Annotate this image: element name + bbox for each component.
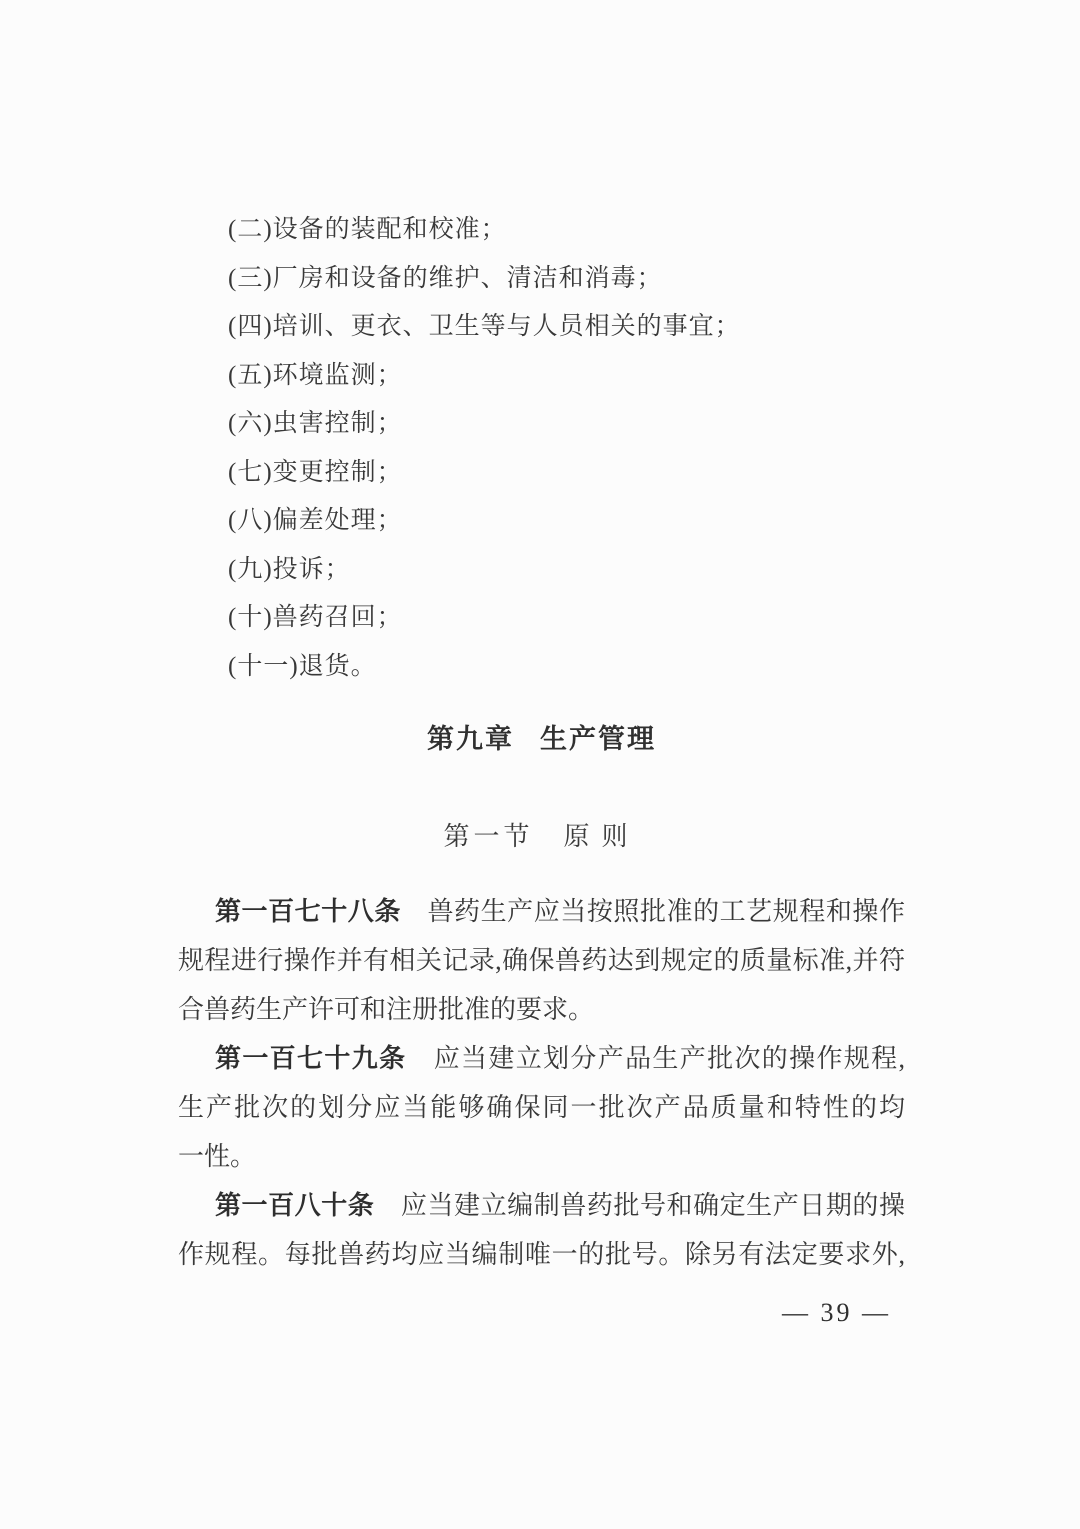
article-number: 第一百七十八条 xyxy=(215,896,401,926)
list-item: (九)投诉； xyxy=(178,546,905,595)
chapter-label: 第九章 xyxy=(427,724,514,754)
list-item: (八)偏差处理； xyxy=(178,497,905,546)
paragraph-line: 第一百七十八条兽药生产应当按照批准的工艺规程和操作 xyxy=(178,887,905,936)
list-item: (二)设备的装配和校准； xyxy=(178,206,905,255)
paragraph-line: 合兽药生产许可和注册批准的要求。 xyxy=(178,985,905,1034)
list-item: (四)培训、更衣、卫生等与人员相关的事宜； xyxy=(178,303,905,352)
list-item: (三)厂房和设备的维护、清洁和消毒； xyxy=(178,255,905,304)
list-item: (十)兽药召回； xyxy=(178,594,905,643)
page-number: — 39 — xyxy=(178,1293,905,1333)
paragraph-text: 兽药生产应当按照批准的工艺规程和操作 xyxy=(427,897,905,926)
list-item: (六)虫害控制； xyxy=(178,400,905,449)
chapter-title: 生产管理 xyxy=(540,724,656,754)
paragraph-line: 第一百七十九条应当建立划分产品生产批次的操作规程, xyxy=(178,1034,905,1083)
section-label: 第一节 xyxy=(443,822,533,851)
list-item: (七)变更控制； xyxy=(178,449,905,498)
chapter-heading: 第九章生产管理 xyxy=(178,717,905,761)
article-number: 第一百八十条 xyxy=(215,1190,374,1220)
document-page: (二)设备的装配和校准； (三)厂房和设备的维护、清洁和消毒； (四)培训、更衣… xyxy=(0,0,1080,1529)
article-180: 第一百八十条应当建立编制兽药批号和确定生产日期的操 作规程。每批兽药均应当编制唯… xyxy=(178,1181,905,1279)
paragraph-text: 应当建立编制兽药批号和确定生产日期的操 xyxy=(400,1191,905,1220)
section-heading: 第一节原则 xyxy=(178,815,905,859)
page-content: (二)设备的装配和校准； (三)厂房和设备的维护、清洁和消毒； (四)培训、更衣… xyxy=(178,0,905,1333)
paragraph-line: 作规程。每批兽药均应当编制唯一的批号。除另有法定要求外, xyxy=(178,1230,905,1279)
article-number: 第一百七十九条 xyxy=(215,1043,406,1073)
paragraph-text: 应当建立划分产品生产批次的操作规程, xyxy=(432,1044,905,1073)
article-179: 第一百七十九条应当建立划分产品生产批次的操作规程, 生产批次的划分应当能够确保同… xyxy=(178,1034,905,1181)
list-item: (十一)退货。 xyxy=(178,643,905,692)
body-text: 第一百七十八条兽药生产应当按照批准的工艺规程和操作 规程进行操作并有相关记录,确… xyxy=(178,887,905,1279)
list-item: (五)环境监测； xyxy=(178,352,905,401)
paragraph-line: 一性。 xyxy=(178,1132,905,1181)
article-178: 第一百七十八条兽药生产应当按照批准的工艺规程和操作 规程进行操作并有相关记录,确… xyxy=(178,887,905,1034)
section-title: 原则 xyxy=(564,822,640,851)
paragraph-line: 规程进行操作并有相关记录,确保兽药达到规定的质量标准,并符 xyxy=(178,936,905,985)
paragraph-line: 生产批次的划分应当能够确保同一批次产品质量和特性的均 xyxy=(178,1083,905,1132)
paragraph-line: 第一百八十条应当建立编制兽药批号和确定生产日期的操 xyxy=(178,1181,905,1230)
